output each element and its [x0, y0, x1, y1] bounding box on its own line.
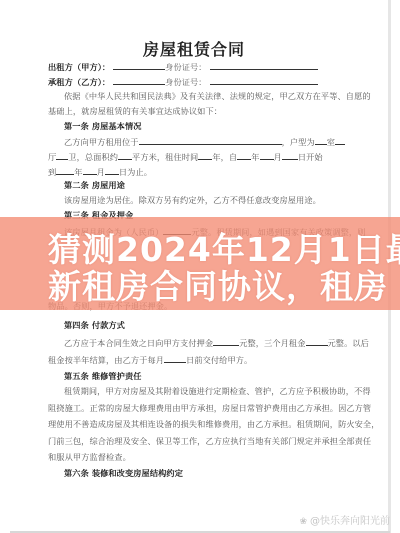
text: 年，自	[212, 152, 237, 162]
pay-day-blank	[164, 354, 186, 363]
text: 日前交付给甲方。	[186, 355, 252, 365]
text: 月	[97, 167, 105, 177]
text: 日为止。	[119, 167, 152, 177]
deposit-blank	[213, 337, 239, 346]
preamble-line-1: 依据《中华人民共和国民法典》及有关法律、法规的规定，甲乙双方在平等、自愿的	[64, 91, 371, 101]
term-years-blank	[198, 151, 212, 160]
section-6-heading: 第六条 装修和改变房屋结构约定	[64, 468, 183, 478]
section-4-line-2: 租金按半年结算，由乙方于每月日前交付给甲方。	[48, 354, 252, 365]
section-1-line-2: 厅卫，总面积约平方米，租住时间年，自年月日开始	[48, 151, 323, 162]
section-5-line-4: 门前三包，综合治理及安全、保卫等工作，乙方应执行当地有关部门规定并承担全部责任	[48, 436, 371, 446]
three-month-rent-blank	[306, 337, 328, 346]
text: 年	[251, 152, 259, 162]
lessee-id-label: 身份证号：	[165, 77, 206, 87]
lessor-id-label: 身份证号：	[165, 62, 206, 72]
area-blank	[118, 151, 132, 160]
rooms-blank	[315, 136, 327, 145]
text: 卫，总面积约	[68, 152, 118, 162]
lessee-id-blank	[210, 76, 318, 85]
text: 乙方应于本合同生效之日向甲方支付押金	[64, 338, 213, 348]
lessor-label: 出租方（甲方）：	[48, 62, 110, 72]
end-month-blank	[83, 166, 97, 175]
section-5-heading: 第五条 维修管护责任	[64, 371, 142, 381]
section-5-line-1: 租赁期间，甲方对房屋及其附着设施进行定期检查、管护，乙方应予积极协助，不得	[64, 386, 371, 396]
baths-blank	[56, 151, 68, 160]
section-5-line-5: 和服从甲方监督检查。	[48, 452, 131, 462]
headline-line-1: 猜测2024年12月1日最	[48, 232, 400, 268]
text: 厅	[48, 152, 56, 162]
section-5-line-3: 理使用不善造成房屋及其相连设备的损失和维修费用，由乙方承担。租赁期间，防火安全，	[48, 419, 380, 429]
text: 租金按半年结算，由乙方于每月	[48, 355, 164, 365]
section-1-line-3: 到年月日为止。	[48, 166, 152, 177]
end-year-blank	[56, 166, 74, 175]
document-title: 房屋租赁合同	[0, 37, 388, 60]
paw-icon: ❀	[299, 517, 307, 527]
text: 室	[327, 137, 335, 147]
lessee-label: 承租方（乙方）：	[48, 77, 110, 87]
section-5-line-2: 阻挠施工。正常的房屋大修理费用由甲方承担，房屋日常管护费用由乙方承担。因乙方管	[48, 403, 371, 413]
text: 平方米，租住时间	[132, 152, 198, 162]
address-blank	[139, 136, 282, 145]
text: 元整，三个月租金	[239, 338, 305, 348]
start-day-blank	[282, 151, 298, 160]
text: 日开始	[298, 152, 323, 162]
headline-banner: 猜测2024年12月1日最 新租房合同协议，租房	[0, 217, 400, 310]
watermark: ❀@快乐奔向阳光前	[299, 512, 390, 527]
end-day-blank	[105, 166, 119, 175]
preamble-line-2: 基础上，就房屋租赁的有关事宜达成协议如下：	[48, 106, 222, 116]
section-4-line-1: 乙方应于本合同生效之日向甲方支付押金元整，三个月租金元整。以后	[64, 337, 369, 348]
text: 年	[74, 167, 82, 177]
text: 到	[48, 167, 56, 177]
start-month-blank	[260, 151, 274, 160]
lessee-line: 承租方（乙方）： 身份证号：	[48, 76, 318, 87]
text: ，户型为	[282, 137, 315, 147]
section-1-heading: 第一条 房屋基本情况	[64, 121, 142, 131]
text: 元整。以后	[328, 338, 369, 348]
lessor-name-blank	[113, 61, 165, 70]
lessee-name-blank	[113, 76, 165, 85]
halls-blank	[335, 136, 345, 145]
watermark-text: @快乐奔向阳光前	[310, 516, 390, 527]
section-4-heading: 第四条 付款方式	[64, 320, 125, 330]
text: 月	[274, 152, 282, 162]
section-2-line-1: 该房屋用途为居住。除双方另有约定外，乙方不得任意改变房屋用途。	[64, 195, 321, 205]
headline-line-2: 新租房合同协议，租房	[48, 269, 388, 305]
section-1-line-1: 乙方向甲方租用位于，户型为室	[64, 136, 345, 147]
lessor-line: 出租方（甲方）： 身份证号：	[48, 61, 318, 72]
section-2-heading: 第二条 房屋用途	[64, 180, 125, 190]
start-year-blank	[237, 151, 251, 160]
text: 乙方向甲方租用位于	[64, 137, 139, 147]
lessor-id-blank	[210, 61, 318, 70]
